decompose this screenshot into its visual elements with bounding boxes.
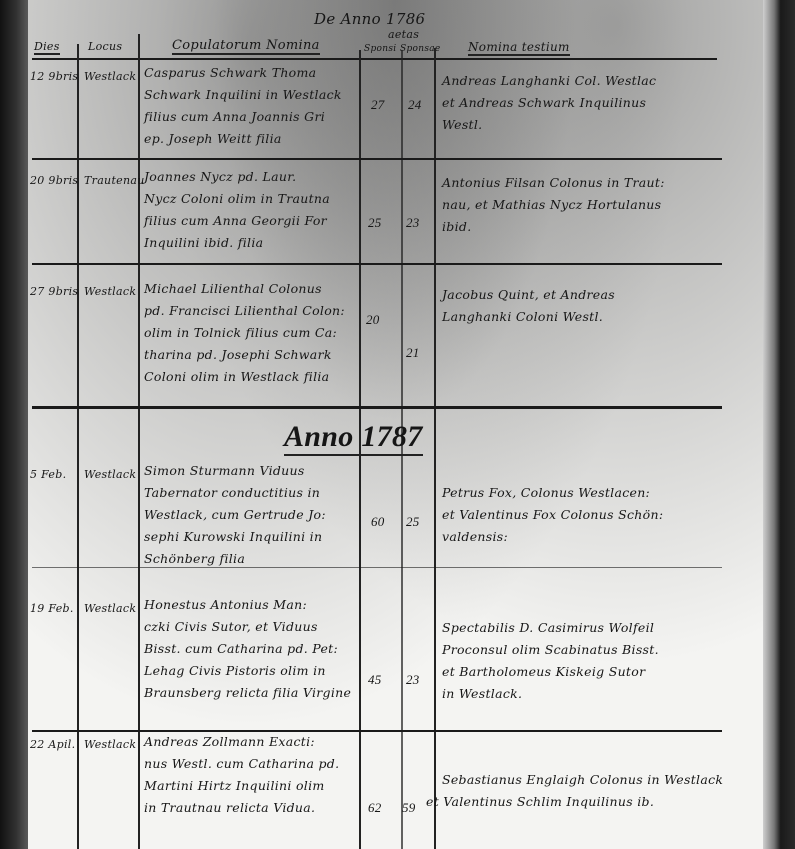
entry-couple-line: nus Westl. cum Catharina pd. [144, 753, 339, 775]
entry-age-bride: 24 [408, 97, 422, 113]
entry-age-groom: 60 [371, 514, 385, 530]
entry-place: Westlack [84, 602, 136, 615]
entry-couple-line: Coloni olim in Westlack filia [144, 366, 329, 388]
entry-couple-line: Nycz Coloni olim in Trautna [144, 188, 330, 210]
entry-date: 5 Feb. [30, 468, 66, 481]
entry-couple-line: Honestus Antonius Man: [144, 594, 307, 616]
row-rule [32, 406, 722, 409]
entry-age-groom: 62 [368, 800, 382, 816]
header-rule [32, 58, 717, 60]
entry-couple-line: pd. Francisci Lilienthal Colon: [144, 300, 345, 322]
entry-place: Westlack [84, 738, 136, 751]
entry-witness-line: et Bartholomeus Kiskeig Sutor [442, 661, 645, 683]
entry-witness-line: Langhanki Coloni Westl. [442, 306, 603, 328]
entry-date: 19 Feb. [30, 602, 74, 615]
row-rule [32, 567, 722, 568]
entry-couple-line: Schönberg filia [144, 548, 245, 570]
year-heading: De Anno 1786 [314, 10, 425, 28]
entry-couple-line: Westlack, cum Gertrude Jo: [144, 504, 326, 526]
entry-couple-line: Casparus Schwark Thoma [144, 62, 316, 84]
scan-right-edge [763, 0, 795, 849]
entry-witness-line: Proconsul olim Scabinatus Bisst. [442, 639, 659, 661]
header-date: Dies [34, 40, 60, 55]
entry-couple-line: Bisst. cum Catharina pd. Pet: [144, 638, 338, 660]
register-page: De Anno 1786 aetas Dies Locus Copulatoru… [28, 0, 763, 849]
entry-place: Westlack [84, 70, 136, 83]
entry-witness-line: Jacobus Quint, et Andreas [442, 284, 615, 306]
entry-couple-line: Inquilini ibid. filia [144, 232, 263, 254]
entry-couple-line: filius cum Anna Joannis Gri [144, 106, 325, 128]
entry-witness-line: et Valentinus Schlim Inquilinus ib. [426, 791, 654, 813]
entry-couple-line: Michael Lilienthal Colonus [144, 278, 322, 300]
entry-witness-line: Sebastianus Englaigh Colonus in Westlack [442, 769, 723, 791]
entry-date: 20 9bris [30, 174, 78, 187]
entry-couple-line: filius cum Anna Georgii For [144, 210, 327, 232]
entry-couple-line: sephi Kurowski Inquilini in [144, 526, 322, 548]
entry-age-bride: 21 [406, 345, 420, 361]
entry-couple-line: Joannes Nycz pd. Laur. [144, 166, 296, 188]
entry-couple-line: Andreas Zollmann Exacti: [144, 731, 315, 753]
entry-witness-line: Petrus Fox, Colonus Westlacen: [442, 482, 650, 504]
column-rule-witnesses [434, 48, 436, 849]
column-rule-date [77, 44, 79, 849]
header-place: Locus [88, 40, 122, 53]
header-age-group: aetas [388, 28, 419, 41]
entry-witness-line: et Andreas Schwark Inquilinus [442, 92, 646, 114]
scan-left-edge [0, 0, 28, 849]
entry-witness-line: in Westlack. [442, 683, 522, 705]
entry-couple-line: ep. Joseph Weitt filia [144, 128, 282, 150]
entry-age-bride: 23 [406, 215, 420, 231]
entry-couple-line: in Trautnau relicta Vidua. [144, 797, 315, 819]
entry-age-groom: 27 [371, 97, 385, 113]
entry-age-groom: 20 [366, 312, 380, 328]
row-rule [32, 730, 722, 732]
entry-witness-line: Westl. [442, 114, 482, 136]
entry-witness-line: Antonius Filsan Colonus in Traut: [442, 172, 665, 194]
entry-age-groom: 25 [368, 215, 382, 231]
entry-couple-line: Tabernator conductitius in [144, 482, 320, 504]
entry-date: 12 9bris [30, 70, 78, 83]
row-rule [32, 158, 722, 160]
entry-date: 22 Apil. [30, 738, 75, 751]
entry-couple-line: Martini Hirtz Inquilini olim [144, 775, 325, 797]
entry-couple-line: Schwark Inquilini in Westlack [144, 84, 342, 106]
entry-couple-line: tharina pd. Josephi Schwark [144, 344, 332, 366]
entry-witness-line: nau, et Mathias Nycz Hortulanus [442, 194, 661, 216]
entry-witness-line: valdensis: [442, 526, 508, 548]
header-witnesses: Nomina testium [468, 40, 570, 56]
entry-age-bride: 59 [402, 800, 416, 816]
entry-place: Westlack [84, 285, 136, 298]
entry-couple-line: olim in Tolnick filius cum Ca: [144, 322, 337, 344]
entry-couple-line: Simon Sturmann Viduus [144, 460, 305, 482]
entry-place: Westlack [84, 468, 136, 481]
entry-witness-line: Spectabilis D. Casimirus Wolfeil [442, 617, 654, 639]
entry-witness-line: Andreas Langhanki Col. Westlac [442, 70, 656, 92]
entry-age-bride: 23 [406, 672, 420, 688]
entry-place: Trautenau [84, 174, 145, 187]
entry-age-groom: 45 [368, 672, 382, 688]
column-rule-place [138, 34, 140, 849]
entry-witness-line: et Valentinus Fox Colonus Schön: [442, 504, 663, 526]
entry-couple-line: Braunsberg relicta filia Virgine [144, 682, 351, 704]
entry-age-bride: 25 [406, 514, 420, 530]
entry-date: 27 9bris [30, 285, 78, 298]
new-year-heading: Anno 1787 [284, 420, 423, 456]
entry-couple-line: czki Civis Sutor, et Viduus [144, 616, 318, 638]
entry-couple-line: Lehag Civis Pistoris olim in [144, 660, 326, 682]
header-couple: Copulatorum Nomina [172, 38, 320, 55]
row-rule [32, 263, 722, 265]
entry-witness-line: ibid. [442, 216, 471, 238]
header-age-groom: Sponsi [364, 44, 396, 54]
